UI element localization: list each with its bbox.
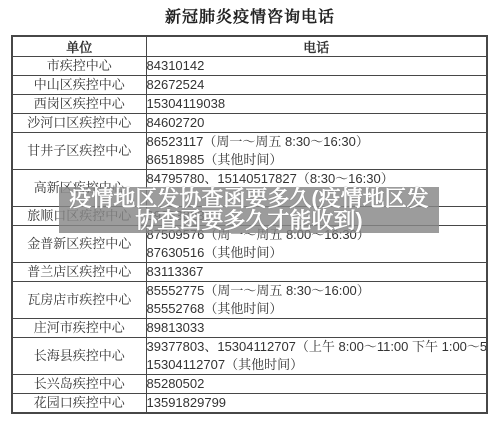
phone-line: 84602720 <box>147 114 487 132</box>
phone-cell: 39377803、15304112707（上午 8:00～11:00 下午 1:… <box>146 338 487 375</box>
unit-column-header: 单位 <box>12 36 146 57</box>
phone-cell: 84602720 <box>146 114 487 133</box>
unit-cell: 甘井子区疾控中心 <box>12 133 146 170</box>
phone-line: 85552775（周一～周五 8:30～16:00） <box>147 282 487 300</box>
phone-line: 15304112707（其他时间） <box>147 356 487 374</box>
unit-cell: 沙河口区疾控中心 <box>12 114 146 133</box>
phone-line: 15304119038 <box>147 95 487 113</box>
phone-cell: 83113367 <box>146 263 487 282</box>
unit-cell: 市疾控中心 <box>12 57 146 76</box>
watermark-overlay: 疫情地区发协查函要多久(疫情地区发 协查函要多久才能收到) <box>59 187 439 233</box>
phone-line: 83113367 <box>147 263 487 281</box>
phone-line: 82672524 <box>147 76 487 94</box>
phone-cell: 85280502 <box>146 375 487 394</box>
unit-cell: 瓦房店市疾控中心 <box>12 282 146 319</box>
unit-cell: 庄河市疾控中心 <box>12 319 146 338</box>
table-row: 长海县疾控中心 39377803、15304112707（上午 8:00～11:… <box>12 338 487 375</box>
phone-line: 13591829799 <box>147 394 487 412</box>
phone-line: 85280502 <box>147 375 487 393</box>
unit-cell: 普兰店区疾控中心 <box>12 263 146 282</box>
phone-line: 39377803、15304112707（上午 8:00～11:00 下午 1:… <box>147 338 487 356</box>
table-header: 单位 电话 <box>12 36 487 57</box>
phone-line: 89813033 <box>147 319 487 337</box>
table-row: 长兴岛疾控中心 85280502 <box>12 375 487 394</box>
table-row: 普兰店区疾控中心 83113367 <box>12 263 487 282</box>
header-row: 单位 电话 <box>12 36 487 57</box>
table-row: 花园口疾控中心 13591829799 <box>12 394 487 414</box>
unit-cell: 花园口疾控中心 <box>12 394 146 414</box>
phone-line: 86518985（其他时间） <box>147 151 487 169</box>
watermark-line-2: 协查函要多久才能收到) <box>135 210 362 232</box>
phone-cell: 89813033 <box>146 319 487 338</box>
phone-line: 85552768（其他时间） <box>147 300 487 318</box>
table-body: 市疾控中心 84310142 中山区疾控中心 82672524 西岗区疾控中心 … <box>12 57 487 414</box>
page: { "title": "新冠肺炎疫情咨询电话", "table": { "hea… <box>0 0 500 424</box>
unit-cell: 长海县疾控中心 <box>12 338 146 375</box>
phone-cell: 84310142 <box>146 57 487 76</box>
watermark-line-1: 疫情地区发协查函要多久(疫情地区发 <box>69 188 428 210</box>
phone-line: 86523117（周一～周五 8:30～16:30） <box>147 133 487 151</box>
table-row: 沙河口区疾控中心 84602720 <box>12 114 487 133</box>
phone-cell: 15304119038 <box>146 95 487 114</box>
table-row: 甘井子区疾控中心 86523117（周一～周五 8:30～16:30）86518… <box>12 133 487 170</box>
phone-cell: 85552775（周一～周五 8:30～16:00）85552768（其他时间） <box>146 282 487 319</box>
phone-line: 84310142 <box>147 57 487 75</box>
table-row: 瓦房店市疾控中心 85552775（周一～周五 8:30～16:00）85552… <box>12 282 487 319</box>
phone-cell: 86523117（周一～周五 8:30～16:30）86518985（其他时间） <box>146 133 487 170</box>
unit-cell: 长兴岛疾控中心 <box>12 375 146 394</box>
table-row: 西岗区疾控中心 15304119038 <box>12 95 487 114</box>
phone-column-header: 电话 <box>146 36 487 57</box>
unit-cell: 西岗区疾控中心 <box>12 95 146 114</box>
phone-cell: 13591829799 <box>146 394 487 414</box>
table-row: 庄河市疾控中心 89813033 <box>12 319 487 338</box>
phone-line: 87630516（其他时间） <box>147 244 487 262</box>
table-row: 中山区疾控中心 82672524 <box>12 76 487 95</box>
table-row: 市疾控中心 84310142 <box>12 57 487 76</box>
page-title: 新冠肺炎疫情咨询电话 <box>0 4 500 27</box>
phone-cell: 82672524 <box>146 76 487 95</box>
unit-cell: 中山区疾控中心 <box>12 76 146 95</box>
